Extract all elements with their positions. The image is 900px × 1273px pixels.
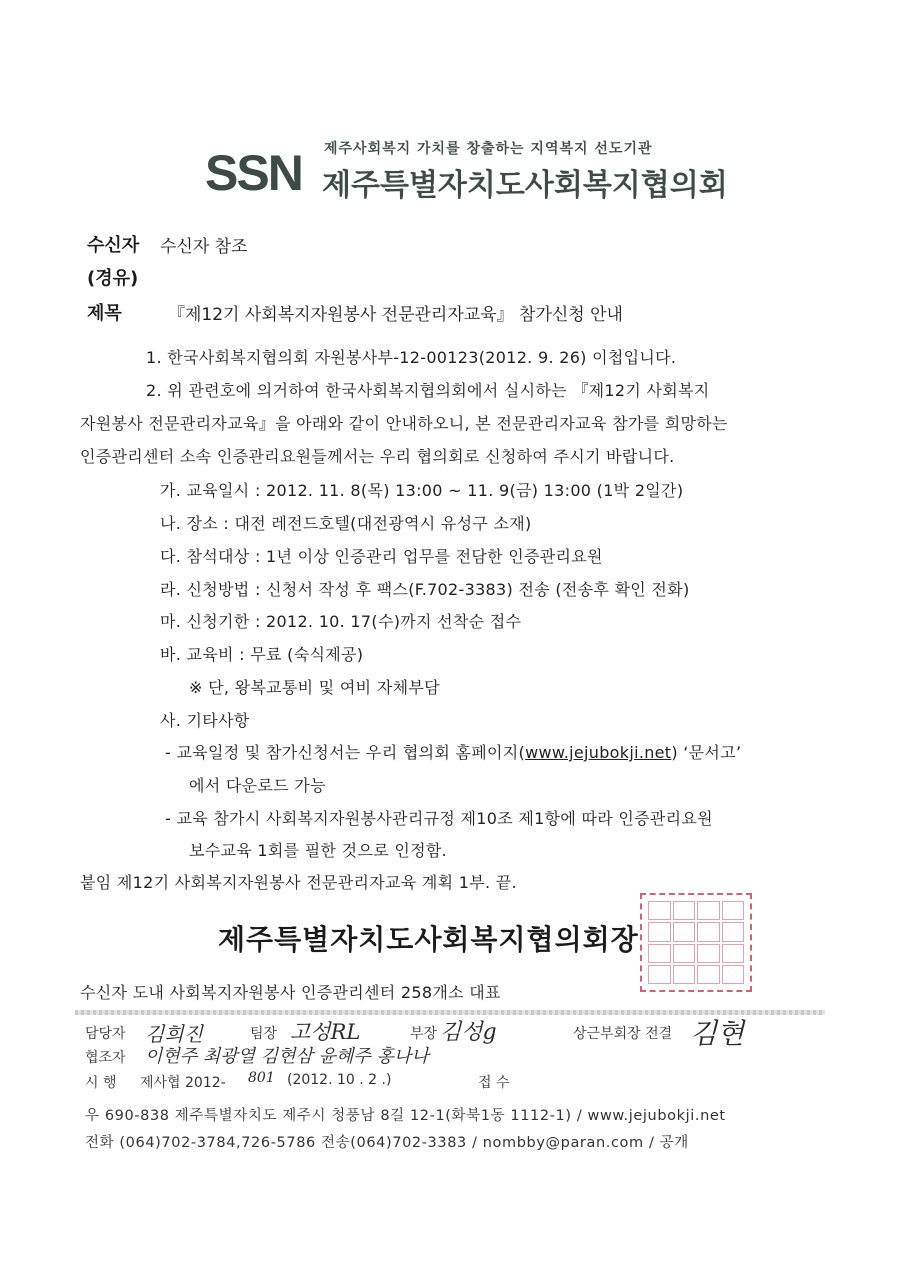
- enforce-label: 시 행: [85, 1072, 117, 1092]
- recipient-value: 수신자 참조: [160, 232, 248, 257]
- organization-slogan: 제주사회복지 가치를 창출하는 지역복지 선도기관: [324, 138, 653, 158]
- subject-value: 『제12기 사회복지자원봉사 전문관리자교육』 참가신청 안내: [168, 300, 623, 325]
- cooperators-label: 협조자: [85, 1047, 126, 1067]
- enforce-number: 801: [248, 1070, 275, 1086]
- enforce-date: (2012. 10 . 2 .): [287, 1072, 391, 1088]
- homepage-link[interactable]: www.jejubokji.net: [525, 743, 671, 762]
- receipt-label: 접 수: [478, 1072, 510, 1092]
- signer-title: 제주특별자치도사회복지협의회장: [218, 918, 639, 958]
- etc-bullet-1: - 교육일정 및 참가신청서는 우리 협의회 홈페이지(www.jejubokj…: [165, 740, 741, 763]
- vp-label: 상근부회장 전결: [573, 1023, 672, 1043]
- paragraph-1: 1. 한국사회복지협의회 자원봉사부-12-00123(2012. 9. 26)…: [146, 345, 676, 368]
- item-etc: 사. 기타사항: [160, 708, 250, 731]
- recipient-label: 수신자: [87, 231, 139, 257]
- etc-bullet-2-cont: 보수교육 1회를 필한 것으로 인정함.: [189, 838, 447, 861]
- item-fee: 바. 교육비 : 무료 (숙식제공): [160, 642, 363, 665]
- etc-bullet-1-prefix: - 교육일정 및 참가신청서는 우리 협의회 홈페이지(: [165, 743, 525, 762]
- item-schedule: 가. 교육일시 : 2012. 11. 8(목) 13:00 ~ 11. 9(금…: [160, 478, 683, 501]
- official-seal-icon: [640, 893, 752, 992]
- vp-signature: 김현: [690, 1012, 744, 1052]
- item-venue: 나. 장소 : 대전 레전드호텔(대전광역시 유성구 소재): [160, 511, 532, 534]
- paragraph-2-line-3: 인증관리센터 소속 인증관리요원들께서는 우리 협의회로 신청하여 주시기 바랍…: [80, 444, 675, 467]
- director-signature: 김성g: [440, 1015, 497, 1046]
- item-deadline: 마. 신청기한 : 2012. 10. 17(수)까지 선착순 접수: [160, 609, 521, 632]
- item-target: 다. 참석대상 : 1년 이상 인증관리 업무를 전담한 인증관리요원: [160, 544, 603, 567]
- team-lead-label: 팀장: [250, 1023, 277, 1043]
- item-method: 라. 신청방법 : 신청서 작성 후 팩스(F.702-3383) 전송 (전송…: [160, 577, 690, 600]
- staff-label: 담당자: [85, 1023, 126, 1043]
- via-label: (경유): [87, 264, 138, 290]
- item-fee-note: ※ 단, 왕복교통비 및 여비 자체부담: [189, 675, 440, 698]
- paragraph-2-line-2: 자원봉사 전문관리자교육』을 아래와 같이 안내하오니, 본 전문관리자교육 참…: [80, 411, 728, 434]
- footer-contact: 전화 (064)702-3784,726-5786 전송(064)702-338…: [85, 1131, 689, 1152]
- organization-name: 제주특별자치도사회복지협의회: [322, 160, 728, 204]
- etc-bullet-2: - 교육 참가시 사회복지자원봉사관리규정 제10조 제1항에 따라 인증관리요…: [165, 806, 713, 829]
- etc-bullet-1-suffix: ) ‘문서고’: [671, 743, 741, 762]
- cooperators-signatures: 이현주 최광열 김현삼 윤혜주 홍나나: [145, 1042, 429, 1068]
- etc-bullet-1-cont: 에서 다운로드 가능: [189, 773, 326, 796]
- subject-label: 제목: [87, 299, 122, 325]
- recipients-line: 수신자 도내 사회복지자원봉사 인증관리센터 258개소 대표: [80, 980, 501, 1003]
- ssn-logo: SSN: [205, 148, 302, 198]
- footer-address: 우 690-838 제주특별자치도 제주시 청풍남 8길 12-1(화북1동 1…: [85, 1104, 726, 1125]
- director-label: 부장: [410, 1023, 437, 1043]
- attachment-line: 붙임 제12기 사회복지자원봉사 전문관리자교육 계획 1부. 끝.: [80, 870, 517, 893]
- enforce-value: 제사협 2012-: [140, 1072, 226, 1092]
- paragraph-2-line-1: 2. 위 관련호에 의거하여 한국사회복지협의회에서 실시하는 『제12기 사회…: [146, 378, 710, 401]
